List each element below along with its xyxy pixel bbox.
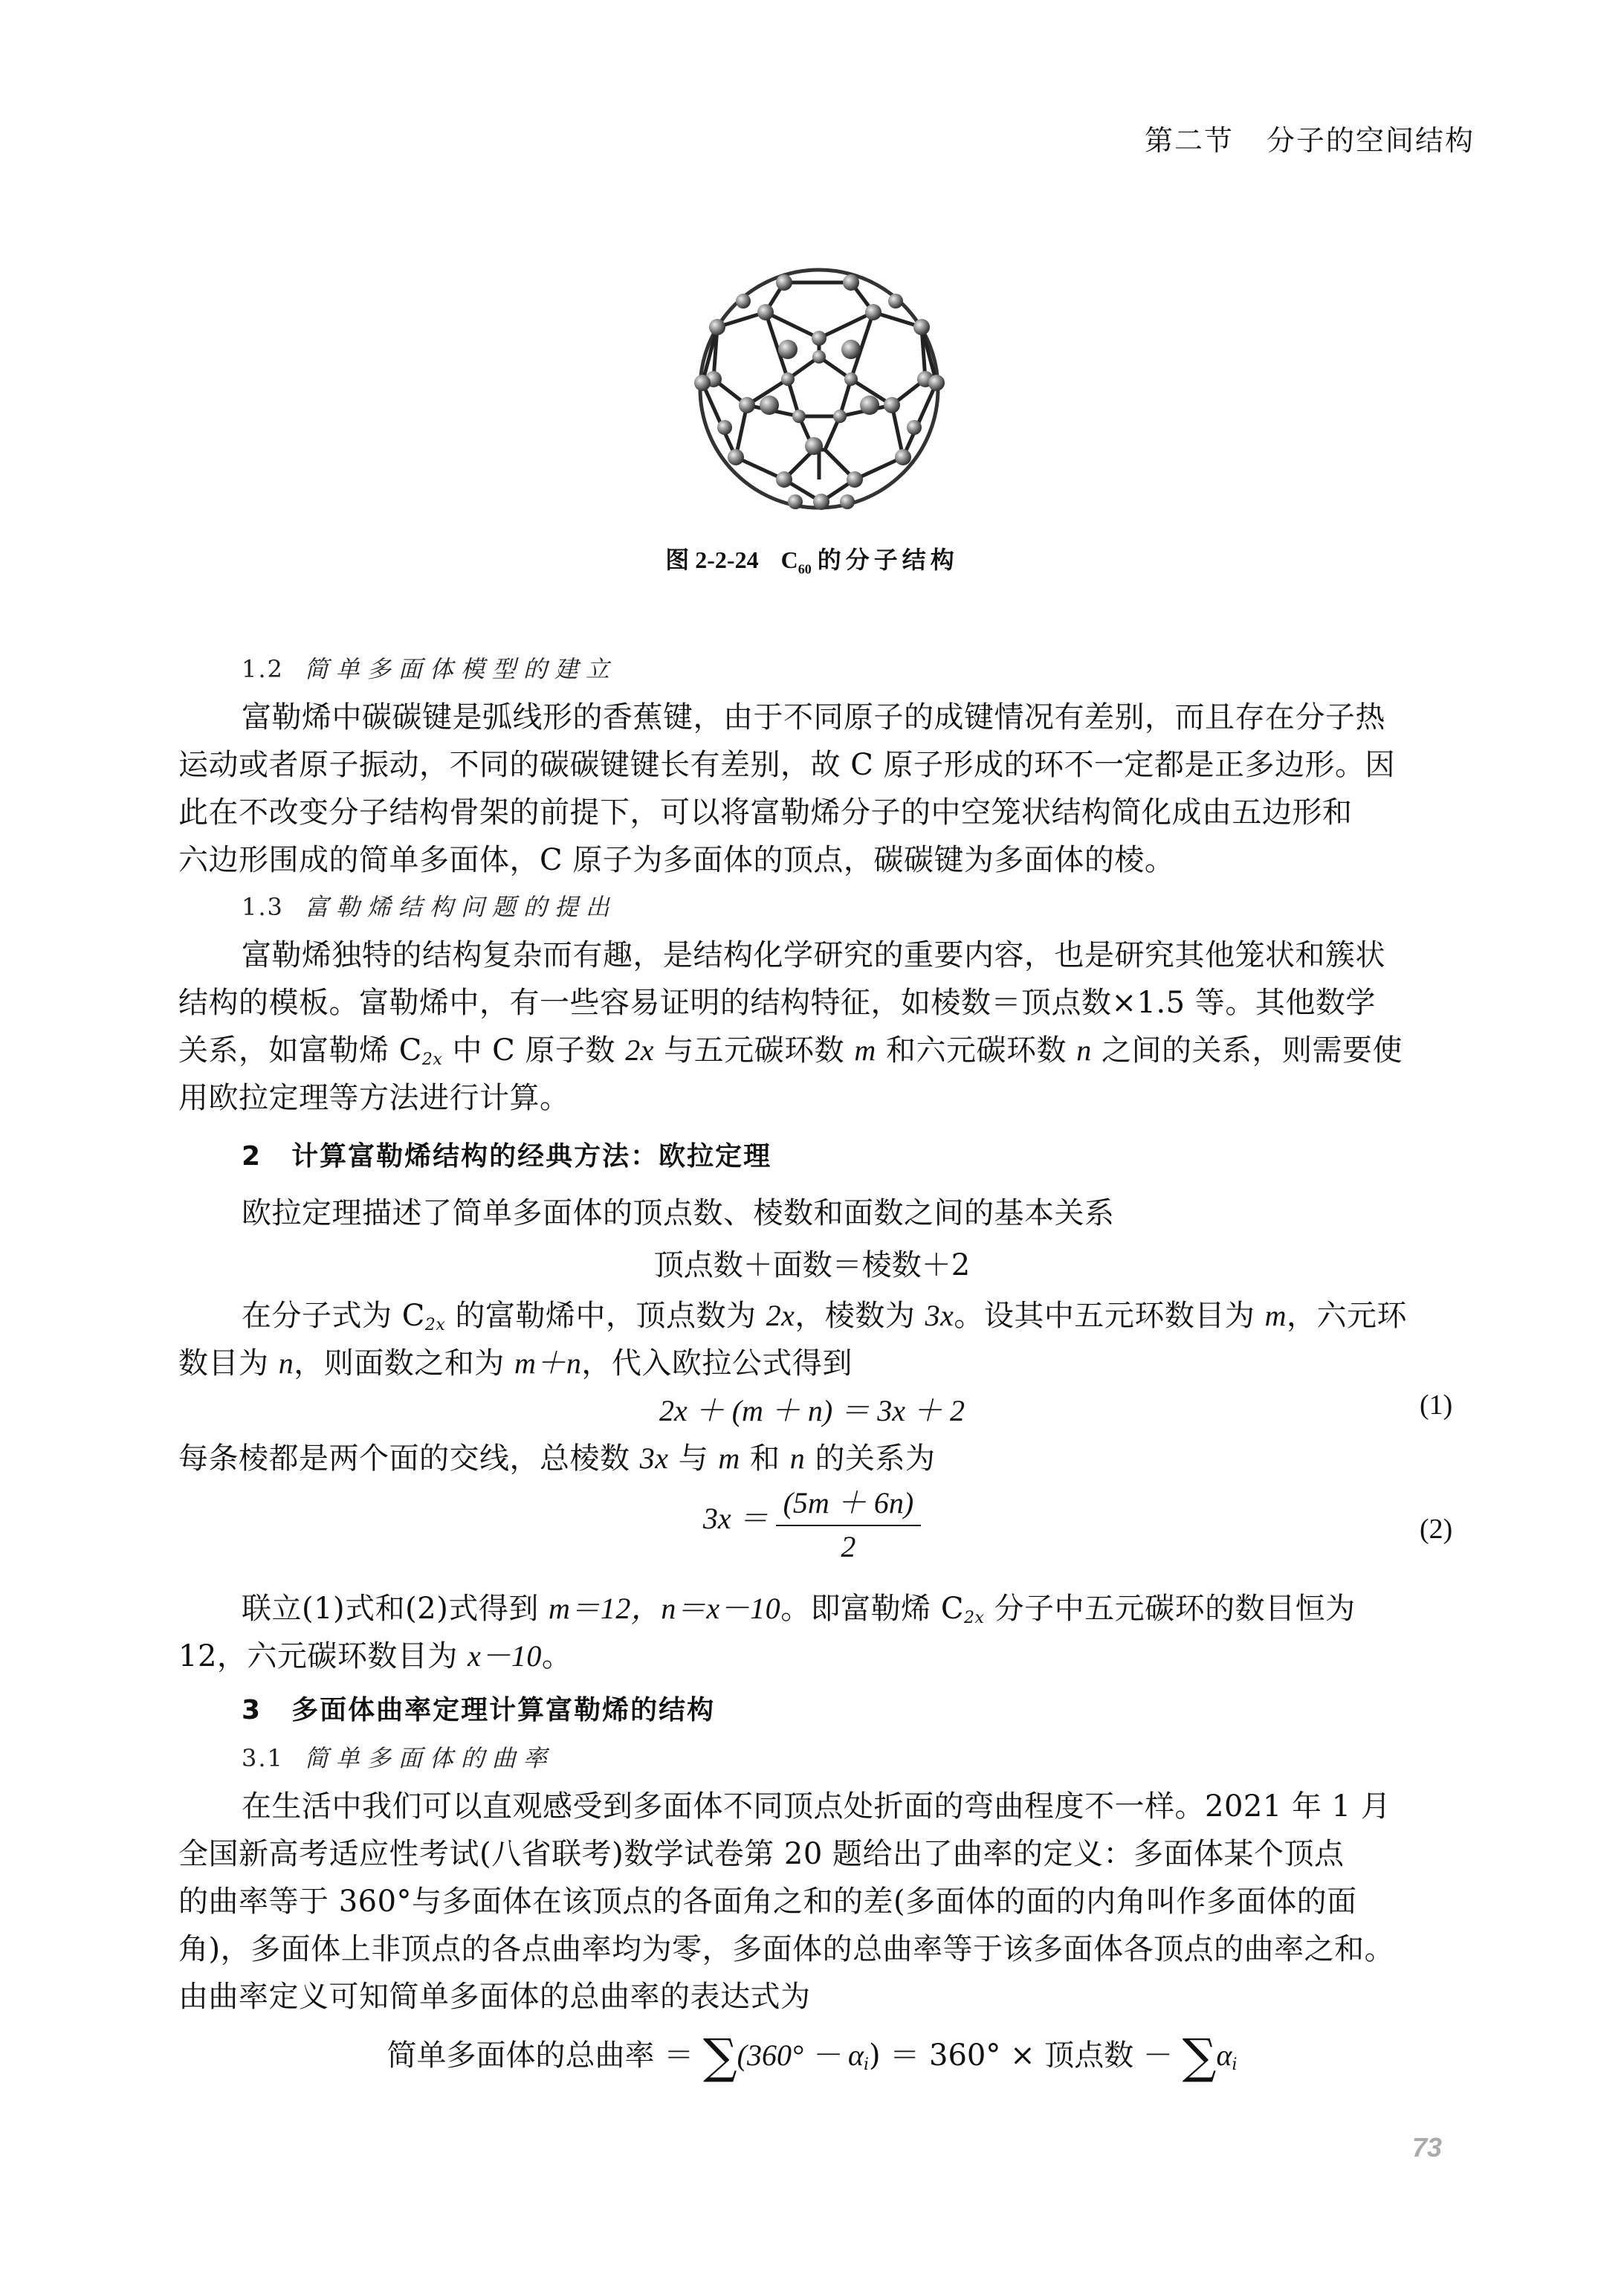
section-heading-3: 3多面体曲率定理计算富勒烯的结构 — [242, 1689, 715, 1727]
caption-text: 的分子结构 — [818, 546, 959, 574]
paragraph-line: 富勒烯独特的结构复杂而有趣，是结构化学研究的重要内容，也是研究其他笼状和簇状 — [242, 931, 1486, 979]
paragraph-line: 的曲率等于 360°与多面体在该顶点的各面角之和的差(多面体的面的内角叫作多面体… — [178, 1878, 1486, 1925]
text-run: ，则面数之和为 — [294, 1346, 514, 1381]
running-header: 第二节分子的空间结构 — [1145, 117, 1475, 158]
text-run: ，棱数为 — [795, 1299, 925, 1333]
math-var: 2x — [766, 1299, 795, 1332]
sigma-symbol: ∑ — [703, 2029, 737, 2085]
text-run: 与五元碳环数 — [654, 1033, 854, 1068]
section-number: 3 — [242, 1695, 262, 1725]
math-var: 2x — [625, 1033, 654, 1067]
paragraph-line: 此在不改变分子结构骨架的前提下，可以将富勒烯分子的中空笼状结构简化成由五边形和 — [178, 789, 1486, 836]
subsection-title: 简单多面体模型的建立 — [305, 655, 617, 683]
text-run: 。即富勒烯 C — [780, 1592, 964, 1626]
paragraph-line: 欧拉定理描述了简单多面体的顶点数、棱数和面数之间的基本关系 — [242, 1189, 1486, 1237]
section-title: 多面体曲率定理计算富勒烯的结构 — [291, 1695, 715, 1725]
formula-subscript: 60 — [798, 561, 812, 576]
equation-number-1: (1) — [1420, 1389, 1452, 1421]
fraction: (5m ＋ 6n) 2 — [776, 1479, 922, 1564]
equation-2: 3x ＝ (5m ＋ 6n) 2 — [0, 1479, 1624, 1564]
text-run: 关系，如富勒烯 C — [178, 1033, 422, 1068]
paragraph-line: 12，六元碳环数目为 x－10。 — [178, 1633, 1486, 1680]
formula-text: 简单多面体的总曲率 ＝ — [387, 2038, 703, 2073]
text-run: 每条棱都是两个面的交线，总棱数 — [178, 1441, 640, 1476]
text-run: 数目为 — [178, 1346, 279, 1381]
text-run: 分子中五元碳环的数目恒为 — [984, 1592, 1355, 1626]
subsection-title: 富勒烯结构问题的提出 — [305, 893, 617, 921]
figure-label: 图 2-2-24 — [665, 546, 758, 573]
fraction-denominator: 2 — [841, 1526, 855, 1564]
subsection-heading-3-1: 3.1简单多面体的曲率 — [242, 1740, 554, 1774]
subscript: 2x — [422, 1050, 442, 1069]
paragraph-line: 每条棱都是两个面的交线，总棱数 3x 与 m 和 n 的关系为 — [178, 1435, 1486, 1482]
c60-molecule-icon — [673, 256, 966, 520]
math-var: n — [1076, 1033, 1092, 1067]
subsection-number: 3.1 — [242, 1744, 284, 1772]
math-var: m — [718, 1441, 740, 1475]
text-run: 。 — [542, 1639, 572, 1673]
subscript: 2x — [964, 1609, 984, 1627]
formula-text: α — [1216, 2038, 1232, 2072]
paragraph-line: 在生活中我们可以直观感受到多面体不同顶点处折面的弯曲程度不一样。2021 年 1… — [242, 1783, 1486, 1830]
subsection-heading-1-2: 1.2简单多面体模型的建立 — [242, 650, 617, 685]
formula-text: (360° － α — [737, 2038, 864, 2072]
math-var: 3x — [640, 1441, 669, 1475]
text-run: ，六元环 — [1287, 1299, 1407, 1333]
subscript: i — [864, 2056, 869, 2074]
text-run: 的关系为 — [805, 1441, 935, 1476]
chapter-title: 分子的空间结构 — [1266, 124, 1475, 157]
subsection-heading-1-3: 1.3富勒烯结构问题的提出 — [242, 888, 617, 923]
subsection-number: 1.3 — [242, 893, 284, 921]
text-run: 和 — [740, 1441, 790, 1476]
figure-caption: 图 2-2-24C60 的分子结构 — [0, 541, 1624, 577]
math-var: n — [279, 1346, 294, 1380]
text-run: 在分子式为 C — [242, 1299, 425, 1333]
text-run: 中 C 原子数 — [442, 1033, 625, 1068]
math-var: x－10 — [468, 1639, 542, 1673]
text-run: 的富勒烯中，顶点数为 — [445, 1299, 766, 1333]
subsection-number: 1.2 — [242, 655, 284, 683]
text-run: 和六元碳环数 — [876, 1033, 1076, 1068]
text-run: 12，六元碳环数目为 — [178, 1639, 468, 1673]
subsection-title: 简单多面体的曲率 — [305, 1744, 554, 1772]
math-var: m＝12，n＝x－10 — [549, 1592, 780, 1625]
paragraph-line: 用欧拉定理等方法进行计算。 — [178, 1074, 1486, 1122]
paragraph-line: 数目为 n，则面数之和为 m＋n，代入欧拉公式得到 — [178, 1340, 1486, 1387]
text-run: 与 — [668, 1441, 718, 1476]
total-curvature-formula: 简单多面体的总曲率 ＝ ∑(360° － αi) ＝ 360° × 顶点数 － … — [0, 2029, 1624, 2085]
paragraph-line: 结构的模板。富勒烯中，有一些容易证明的结构特征，如棱数＝顶点数×1.5 等。其他… — [178, 979, 1486, 1027]
formula-text: ) ＝ 360° × 顶点数 － — [869, 2038, 1183, 2073]
paragraph-line: 全国新高考适应性考试(八省联考)数学试卷第 20 题给出了曲率的定义：多面体某个… — [178, 1830, 1486, 1878]
chapter-section-label: 第二节 — [1145, 124, 1234, 157]
equation-1: 2x ＋ (m ＋ n) ＝ 3x ＋ 2 — [0, 1387, 1624, 1430]
fraction-numerator: (5m ＋ 6n) — [776, 1479, 922, 1526]
paragraph-line: 富勒烯中碳碳键是弧线形的香蕉键，由于不同原子的成键情况有差别，而且存在分子热 — [242, 694, 1486, 741]
subscript: 2x — [425, 1316, 445, 1334]
text-run: ，代入欧拉公式得到 — [581, 1346, 853, 1381]
euler-formula: 顶点数＋面数＝棱数＋2 — [0, 1241, 1624, 1284]
formula-base: C — [781, 546, 798, 573]
text-run: 联立(1)式和(2)式得到 — [242, 1592, 549, 1626]
equation-number-2: (2) — [1420, 1513, 1452, 1546]
math-var: m＋n — [514, 1346, 581, 1380]
math-var: n — [790, 1441, 806, 1475]
paragraph-line: 六边形围成的简单多面体，C 原子为多面体的顶点，碳碳键为多面体的棱。 — [178, 836, 1486, 884]
section-heading-2: 2计算富勒烯结构的经典方法：欧拉定理 — [242, 1135, 771, 1173]
section-title: 计算富勒烯结构的经典方法：欧拉定理 — [291, 1141, 771, 1172]
paragraph-line: 由曲率定义可知简单多面体的总曲率的表达式为 — [178, 1973, 1486, 2021]
text-run: 之间的关系，则需要使 — [1092, 1033, 1403, 1068]
c60-fullerene-molecule-image — [673, 256, 966, 520]
text-run: 。设其中五元环数目为 — [954, 1299, 1264, 1333]
paragraph-line: 运动或者原子振动，不同的碳碳键键长有差别，故 C 原子形成的环不一定都是正多边形… — [178, 741, 1486, 789]
paragraph-line: 角)，多面体上非顶点的各点曲率均为零，多面体的总曲率等于该多面体各顶点的曲率之和… — [178, 1925, 1486, 1973]
math-var: m — [1265, 1299, 1287, 1332]
section-number: 2 — [242, 1141, 262, 1172]
subscript: i — [1232, 2056, 1237, 2074]
page-number: 73 — [1412, 2132, 1442, 2163]
math-var: m — [854, 1033, 876, 1067]
sigma-symbol: ∑ — [1183, 2029, 1217, 2085]
math-var: 3x — [925, 1299, 954, 1332]
equation-lhs: 3x ＝ — [703, 1502, 769, 1535]
